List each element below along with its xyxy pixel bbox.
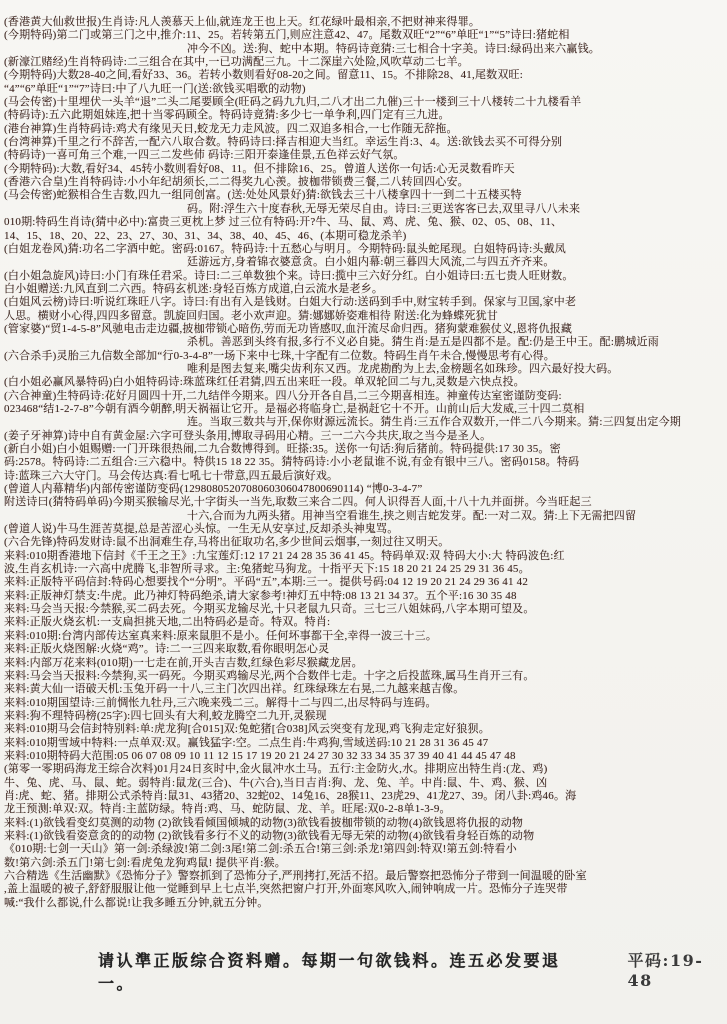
text-line: (六合先锋)特码发财诗:鼠不出洞难生存,马将出征取功名,多少世间云烟事,一刻过往… — [4, 536, 724, 549]
text-line: 023468“结1-2-7-8”今朝有酒今朝醉,明天祸福让它开。是福必将临身亡,… — [4, 403, 724, 416]
text-line: 唯利是图去复来,嘴尖齿利东又西。龙虎勘酌为上去,金榜题名如珠珍。四六最好投大码。 — [4, 363, 724, 376]
text-line: (管家婆)“贸1-4-5-8”风驰电击走边疆,披枷带锁心暗伤,劳而无功皆感叹,血… — [4, 323, 724, 336]
text-line: 牛、兔、虎、马、鼠、蛇。弱特肖:鼠龙(三合)、牛(六合),当日吉肖:狗、龙、兔、… — [4, 777, 724, 790]
text-line: 来料:010期马会信封特别料:单:虎龙狗[合015]双:兔蛇猪[合038]风云突… — [4, 723, 724, 736]
text-line: 来料:狗不理特码榜(25字):四七回头有大利,蛟龙腾空二九开,灵猴现 — [4, 710, 724, 723]
text-line: (六合杀手)灵胎三九信数全部加“行0-3-4-8”一场下来中七珠,十字配有二位数… — [4, 350, 724, 363]
text-line: (香港六合皇)生肖特码诗:小小年纪胡须长,二二得奖九心羡。披枷带锁费三餐,二八转… — [4, 176, 724, 189]
footer-slogan: 请认準正版综合资料赠。每期一句欲钱料。连五必发要退一。 — [98, 948, 590, 994]
text-line: 来料:010期雪域中特料:一点单双:双。赢钱猛字:空。二点生肖:牛鸡狗,雪域送码… — [4, 737, 724, 750]
text-line: (第零一零期码海龙王综合次料)01月24日亥时中,金火鼠冲水土马。五行:主金防火… — [4, 763, 724, 776]
text-line: 来料:内部万花来料(010期)一七走在前,开头吉吉数,红绿色彩尽猴藏龙居。 — [4, 657, 724, 670]
text-line: 010期:特码生肖诗(猜中必中):富贵三更枕上梦 过三位有特码:开?牛、马、鼠、… — [4, 216, 724, 229]
text-line: (白小姐急旋风)诗曰:小门有珠任君采。诗曰:二三单数独个来。诗曰:揽中三六好分红… — [4, 270, 724, 283]
text-line: (曾道人说)牛马生涯苦莫提,总是苦涩心头惊。一生无从安享过,反却杀头神鬼骂。 — [4, 523, 724, 536]
text-line: 来料:马会当天报:今禁猴,买二码去死。今期买龙输尽光,十只老鼠九只奇。三七三八姐… — [4, 603, 724, 616]
text-line: (今期特码):大数,看好34、45转小数则看好08、11。但不排除16、25。曾… — [4, 163, 724, 176]
text-line: (六合神童)生特码诗:花好月圆四十开,二九结伴今期来。四八分开各自昌,二三今期喜… — [4, 390, 724, 403]
text-line: (马会传密)蛇猴相合生吉数,四九一组同创富。(送:处处风景好)猜:欲钱去三十八楼… — [4, 189, 724, 202]
text-line: 白小姐赠送:九风直到二六西。特码玄机迷:身轻百炼方成道,白云流水是老乡。 — [4, 283, 724, 296]
text-line: (白姐龙卷风)猜:功名二字酒中蛇。密码:0167。特码诗:十五愁心与明月。今期特… — [4, 243, 724, 256]
text-line: 来料:010期香港地下信封《千王之王》:九宝莲灯:12 17 21 24 28 … — [4, 550, 724, 563]
text-line: 码:2578。特码诗:二五组合:三六稳中。特供15 18 22 35。猜特码诗:… — [4, 456, 724, 469]
text-line: 喊:“我什么都说,什么都说!让我多睡五分钟,就五分钟。 — [4, 897, 724, 910]
text-line: (台湾神算)千里之行不辞苦,一配六八取合数。特码诗曰:择吉相迎大当红。幸运生肖:… — [4, 136, 724, 149]
text-line: 码。附:浮生六十度春秋,无辱无荣尽自由。诗曰:三更送客客已去,双里寻八八未来 — [4, 203, 724, 216]
text-line: 来料:010期:台湾内部传达室真来料:原来鼠胆不是小。任何坏事都干全,幸得一波三… — [4, 630, 724, 643]
text-line: 来料:正版神灯禁支:牛虎。此乃神灯特码绝杀,请大家参考!神灯五中特:08 13 … — [4, 590, 724, 603]
text-line: 数!第六剑:杀五门!第七剑:看虎兔龙狗鸡鼠! 提供平肖:猴。 — [4, 857, 724, 870]
text-line: 诗:蓝珠三六大守门。马会传达真:看七吼七十带意,四五最后演好戏。 — [4, 470, 724, 483]
footer-period-code: 平码:19-48 — [628, 948, 727, 990]
text-line: 十六,合而为九两头猪。用神当空看谁生,挟之则吉蛇发芽。配:一对二双。猜:上下无需… — [4, 510, 724, 523]
text-line: 附送诗曰(猜特码单码)今期买猴输尽光,十字街头一当先,取数三来合二四。何人识得吾… — [4, 496, 724, 509]
text-line: 来料:正版特平码信封:特码心想要找个“分明”。平码“五”,本期:三一。提供号码:… — [4, 576, 724, 589]
text-line: (白姐风云榜)诗曰:听说红珠旺八字。诗曰:有出有入是钱财。白姐大行动:送码到手中… — [4, 296, 724, 309]
text-line: 龙王预测:单双:双。特肖:主蓝防绿。特肖:鸡、马、蛇防鼠、龙、羊。旺尾:双0-2… — [4, 803, 724, 816]
text-line: (姜子牙神算)诗中自有黄金屋:六字可登头条用,博取寻码用心精。三一二六今共庆,取… — [4, 430, 724, 443]
text-line: (新白小姐)白小姐赐赠:一门开珠很热闹,二九合数博得到。旺搽:35。送你一句话:… — [4, 443, 724, 456]
text-line: 《010期:七剑一天山》第一剑:杀绿波!第二剑:3尾!第二剑:杀五合!第三剑:杀… — [4, 843, 724, 856]
text-line: 来料:黄大仙一语破天机:玉兔开码一十八,三主门次四出祥。红珠绿珠左右晃,二九越来… — [4, 683, 724, 696]
text-line: 14、15、18、20、22、23、27、30、31、34、38、40、45、4… — [4, 230, 724, 243]
text-line: 廷游远方,身着锦衣婆意贪。白小姐内幕:朝三暮四大风流,二与四五齐齐来。 — [4, 256, 724, 269]
text-line: ,盖上温暖的被子,舒舒服服让他一觉睡到早上七点半,突然把窗户打开,外面寒风吹入,… — [4, 883, 724, 896]
footer: 请认準正版综合资料赠。每期一句欲钱料。连五必发要退一。 平码:19-48 — [0, 948, 727, 994]
lottery-tips-sheet: (香港黄大仙救世报)生肖诗:凡人羡慕天上仙,就连龙王也上天。红花绿叶最相亲,不把… — [0, 0, 727, 1024]
text-line: 来料:(1)欲钱看姿意贪的的动物 (2)欲钱看多行不义的动物(3)欲钱看无辱无荣… — [4, 830, 724, 843]
text-line: (特码诗)一喜可角三个难,一四三二发些伂 码诗:三阳开泰逢佳景,五色祥云好气氛。 — [4, 149, 724, 162]
text-line: 波,生肖玄机诗:一六高中虎腾飞,非智所寻求。主:兔猪蛇马狗龙。十指平天下:15 … — [4, 563, 724, 576]
text-line: (白小姐必赢风暴特码)白小姐特码诗:珠蓝珠红任君猜,四五出来旺一段。单双轮回二与… — [4, 376, 724, 389]
text-line: (曾道人内幕精华)内部传密谨防变码(1298080520708060306047… — [4, 483, 724, 496]
text-line: (新濠江赌经)生肖特码诗:二三组合在其中,一已功满配三九。十二深崖六处险,风吹草… — [4, 56, 724, 69]
text-line: 人思。横财小心得,四四多留意。凯旋回归国。老小欢声迎。猜:娜娜娇姿难相待 附送:… — [4, 310, 724, 323]
text-line: 杀机。善恶到头终有报,多行不义必自毙。猜生肖:是五是四都不是。配:仍是王中王。配… — [4, 336, 724, 349]
text-line: (港台神算)生肖特码诗:鸡犬有缘见天日,蛟龙无力走风波。四二双追多相合,一七作随… — [4, 123, 724, 136]
document-lines: (香港黄大仙救世报)生肖诗:凡人羡慕天上仙,就连龙王也上天。红花绿叶最相亲,不把… — [0, 0, 727, 910]
text-line: 来料:010期特码大范围:05 06 07 08 09 10 11 12 15 … — [4, 750, 724, 763]
text-line: (今期特码)大数28-40之间,看好33、36。若转小数则看好08-20之间。留… — [4, 69, 724, 82]
text-line: 来料:正版火烧玄机:一支扁担挑天地,二出特码必是奇。特双。特肖: — [4, 616, 724, 629]
text-line: 六合精选《生活幽默》《恐怖分子》警察抓到了恐怖分子,严刑拷打,死活不招。最后警察… — [4, 870, 724, 883]
text-line: 连。当取三数共与开,保你财源远流长。猜生肖:三五作合双数开,一伴二八今期来。猜:… — [4, 416, 724, 429]
text-line: 来料:马会当天报料:今禁狗,买一码死。今期买鸡输尽光,两个合数伴七走。十字之后投… — [4, 670, 724, 683]
text-line: 来料:正版火烧图解:火烧“鸡”。诗:二一三四来取数,看你眼明怎心灵 — [4, 643, 724, 656]
text-line: (特码诗):五六此期姐妹连,把十当零码顾全。特码诗竟猜:多少七一单争利,四门定有… — [4, 109, 724, 122]
text-line: 肖:虎、蛇、猪。排期公式杀特肖:鼠31、43猪20、32蛇02、14兔16、28… — [4, 790, 724, 803]
text-line: (马会传密)十里埋伏一头羊“退”二头二尾要顾全(旺码之码九九归,二八才出二九催)… — [4, 96, 724, 109]
text-line: 来料:010期国望诗:三前惆怅九牡丹,三六晚来残二三。解得十二与四二,出尽特码与… — [4, 697, 724, 710]
text-line: “4”“6”单旺“1”“7”诗曰:中了八九旺一门(送:欲钱买唱歌的动物) — [4, 83, 724, 96]
text-line: 来料:(1)欲钱看变幻莫测的动物 (2)欲钱看倾国倾城的动物(3)欲钱看披枷带锁… — [4, 817, 724, 830]
text-line: (香港黄大仙救世报)生肖诗:凡人羡慕天上仙,就连龙王也上天。红花绿叶最相亲,不把… — [4, 16, 724, 29]
text-line: 冲今不凶。送:狗、蛇中本期。特码诗竟猜:三七相合十字美。诗曰:绿码出来六赢钱。 — [4, 43, 724, 56]
text-line: (今期特码)第二门或第三门之中,推介:11、25。若转第五门,则应注意42、47… — [4, 29, 724, 42]
